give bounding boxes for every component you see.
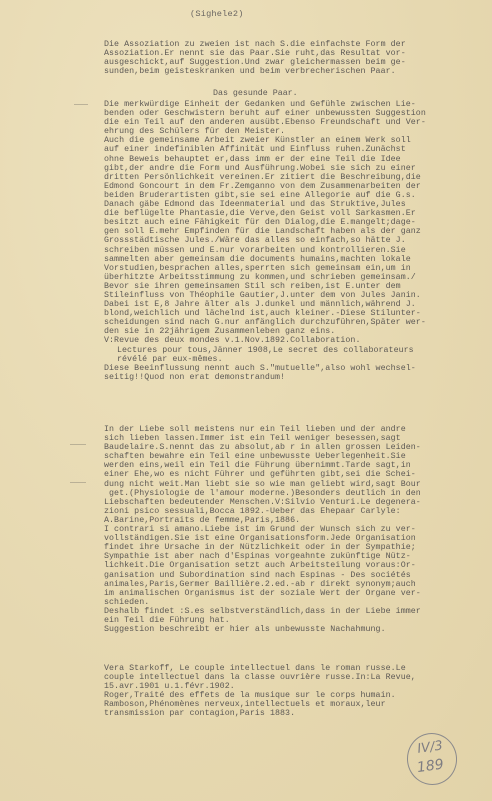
reference-line: Roger,Traité des effets de la musique su… (104, 691, 489, 700)
text-line: Stileinfluss von Théophile Gautier,J.unt… (104, 291, 489, 300)
text-line: Edmond Goncourt in dem Fr.Zemganno von d… (104, 182, 489, 191)
text-line: seitig!!Quod non erat demonstrandum! (104, 373, 489, 382)
text-line: auf einer indefiniblen Affinität und Ein… (104, 145, 489, 154)
text-line: ganisation und Subordination sind nach E… (104, 571, 489, 580)
archive-stamp: IV/3 189 (404, 730, 461, 788)
text-line: I contrari si amano.Liebe ist im Grund d… (104, 525, 489, 534)
text-line: besitzt auch eine Fähigkeit für den Dial… (104, 218, 489, 227)
text-line: Assoziation.Er nennt sie das Paar.Sie ru… (104, 49, 489, 58)
text-line: ohne Beweis behauptet er,dass imm er der… (104, 155, 489, 164)
typewritten-page: (Sighele2) Die Assoziation zu zweien ist… (0, 0, 492, 801)
text-line: einer Ehe,wo es nicht Führer und geführt… (104, 470, 489, 479)
text-line: im animalischen Organismus ist der sozia… (104, 589, 489, 598)
section-healthy-pair: Die merkwürdige Einheit der Gedanken und… (104, 100, 489, 382)
text-line: überhitzte Arbeitsstimmung zu kommen,und… (104, 273, 489, 282)
stamp-page-number: 189 (416, 757, 445, 777)
text-line: get.(Physiologie de l'amour moderne.)Bes… (104, 489, 489, 498)
text-line: Vorstudien,besprachen alles,sperrten sic… (104, 264, 489, 273)
reference-line: Vera Starkoff, Le couple intellectuel da… (104, 664, 489, 673)
text-line: scheidungen sind nach G.nur anfänglich d… (104, 318, 489, 327)
reference-line: 15.avr.1901 u.1.févr.1902. (104, 682, 489, 691)
text-line: Diese Beeinflussung nennt auch S."mutuel… (104, 364, 489, 373)
text-line: dung nicht weit.Man liebt sie so wie man… (104, 480, 489, 489)
text-line: Die merkwürdige Einheit der Gedanken und… (104, 100, 489, 109)
text-line: Danach gäbe Edmond das Ideenmaterial und… (104, 200, 489, 209)
text-line: ein Teil die Führung hat. (104, 616, 489, 625)
text-line: A.Barine,Portraits de femme,Paris,1886. (104, 516, 489, 525)
text-line: sammelten aber gemeinsam die documents h… (104, 255, 489, 264)
text-line: révélé par eux-mêmes. (104, 355, 489, 364)
stamp-volume: IV/3 (416, 738, 443, 756)
text-line: lichkeit.Die Organisation setzt auch Arb… (104, 561, 489, 570)
text-line: findet ihre Ursache in der Nützlichkeit … (104, 543, 489, 552)
intro-paragraph: Die Assoziation zu zweien ist nach S.die… (104, 40, 489, 76)
margin-mark (70, 482, 86, 483)
text-line: beiden Bruderartisten gibt,sie sei eine … (104, 191, 489, 200)
text-line: vollständigen.Sie ist eine Organisations… (104, 534, 489, 543)
text-line: sich lieben lassen.Immer ist ein Teil we… (104, 434, 489, 443)
margin-mark (74, 104, 88, 105)
text-line: ausgeschickt,auf Suggestion.Und zwar gle… (104, 58, 489, 67)
text-line: die beflügelte Phantasie,die Verve,den G… (104, 209, 489, 218)
text-line: sunden,beim geisteskranken und beim verb… (104, 67, 489, 76)
text-line: Die Assoziation zu zweien ist nach S.die… (104, 40, 489, 49)
text-line: zioni psico sessuali,Bocca 1892.-Ueber d… (104, 507, 489, 516)
text-line: V:Revue des deux mondes v.1.Nov.1892.Col… (104, 336, 489, 345)
references-section: Vera Starkoff, Le couple intellectuel da… (104, 664, 489, 719)
section-title: Das gesunde Paar. (213, 89, 298, 98)
text-line: Lectures pour tous,Jänner 1908,Le secret… (104, 346, 489, 355)
text-line: Bevor sie ihren gemeinsamen Stil sch rei… (104, 282, 489, 291)
text-line: gibt,der andre die Form und Ausführung.W… (104, 164, 489, 173)
page-heading: (Sighele2) (190, 9, 244, 19)
text-line: Deshalb findet :S.es selbstverständlich,… (104, 607, 489, 616)
text-line: schreiben müssen und E.nur vorarbeiten u… (104, 246, 489, 255)
margin-mark (70, 444, 86, 445)
text-line: Dabei ist E,8 Jahre älter als J.dunkel u… (104, 300, 489, 309)
text-line: Grossstädtische Jules./Wäre das alles so… (104, 236, 489, 245)
reference-line: transmission par contagion,Paris 1883. (104, 709, 489, 718)
text-line: In der Liebe soll meistens nur ein Teil … (104, 425, 489, 434)
text-line: dritten Persönlichkeit vereinen.Er zitie… (104, 173, 489, 182)
text-line: Suggestion beschreibt er hier als unbewu… (104, 625, 489, 634)
text-line: Baudelaire.S.nennt das zu absolut,ab r i… (104, 443, 489, 452)
text-line: schieden. (104, 598, 489, 607)
text-line: blond,weichlich und lächelnd ist,auch kl… (104, 309, 489, 318)
text-line: benden oder Geschwistern beruht auf eine… (104, 109, 489, 118)
reference-line: couple intellectuel dans la classe ouvri… (104, 673, 489, 682)
text-line: Liebschaften bedeutender Menschen.V:Silv… (104, 498, 489, 507)
section-love: In der Liebe soll meistens nur ein Teil … (104, 425, 489, 634)
text-line: animales,Paris,Germer Baillière.2.ed.-ab… (104, 580, 489, 589)
text-line: schaften bewahre ein Teil eine unbewusst… (104, 452, 489, 461)
text-line: die ein Teil auf den anderen ausübt.Eben… (104, 118, 489, 127)
text-line: ehrung des Schülers für den Meister. (104, 127, 489, 136)
